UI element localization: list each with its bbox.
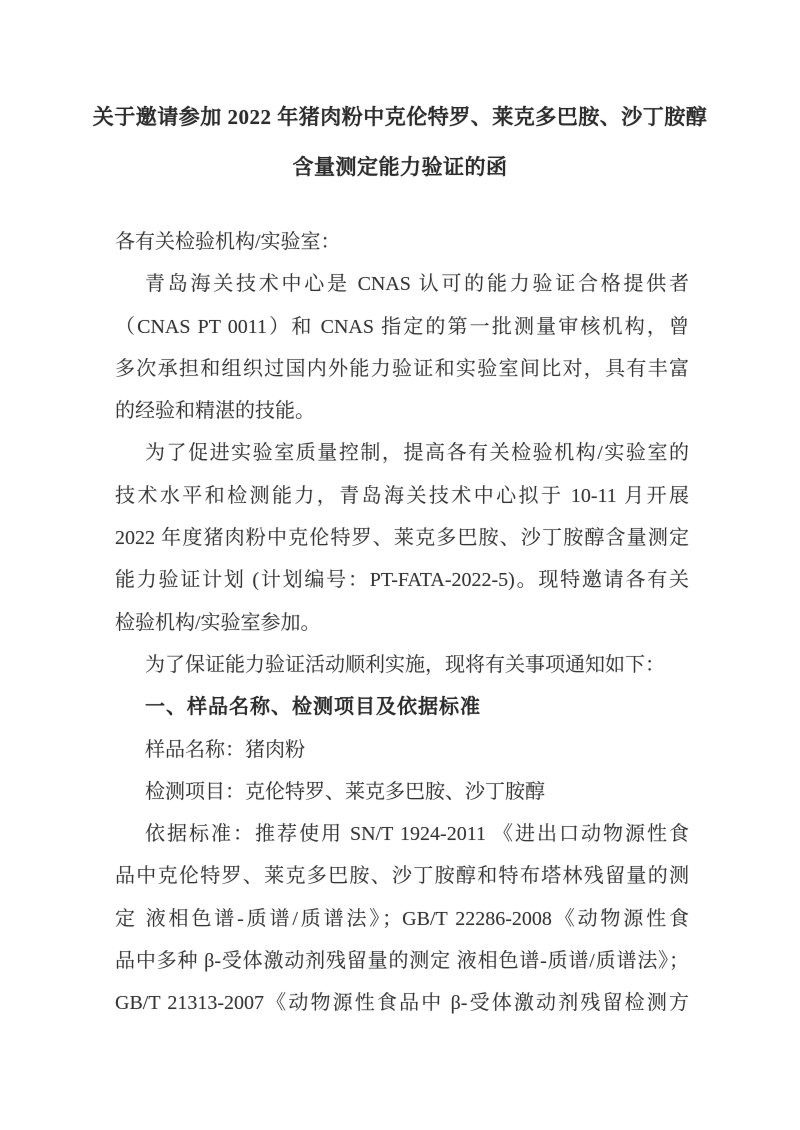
document-title: 关于邀请参加 2022 年猪肉粉中克伦特罗、莱克多巴胺、沙丁胺醇含量测定能力验证… [40, 92, 760, 192]
text-line: 的经验和精湛的技能。 [115, 390, 689, 432]
text-line: 检验机构/实验室参加。 [115, 602, 689, 644]
text-line: 多次承担和组织过国内外能力验证和实验室间比对，具有丰富 [115, 348, 689, 390]
text-line: 定 液相色谱-质谱/质谱法》；GB/T 22286-2008《动物源性食 [115, 898, 689, 940]
text-line: 为了促进实验室质量控制，提高各有关检验机构/实验室的 [115, 432, 689, 474]
text-line: 能力验证计划 (计划编号：PT-FATA-2022-5)。现特邀请各有关 [115, 559, 689, 601]
text-line: 品中克伦特罗、莱克多巴胺、沙丁胺醇和特布塔林残留量的测 [115, 855, 689, 897]
text-line: 青岛海关技术中心是 CNAS 认可的能力验证合格提供者 [115, 263, 689, 305]
text-line: 检测项目：克伦特罗、莱克多巴胺、沙丁胺醇 [115, 771, 689, 813]
text-line: 2022 年度猪肉粉中克伦特罗、莱克多巴胺、沙丁胺醇含量测定 [115, 517, 689, 559]
title-line: 关于邀请参加 2022 年猪肉粉中克伦特罗、莱克多巴胺、沙丁胺醇 [40, 92, 760, 142]
text-line: （CNAS PT 0011）和 CNAS 指定的第一批测量审核机构，曾 [115, 306, 689, 348]
text-line: GB/T 21313-2007《动物源性食品中 β-受体激动剂残留检测方 [115, 982, 689, 1024]
text-line: 为了保证能力验证活动顺利实施，现将有关事项通知如下： [115, 644, 689, 686]
text-line: 依据标准：推荐使用 SN/T 1924-2011 《进出口动物源性食 [115, 813, 689, 855]
text-line: 样品名称：猪肉粉 [115, 729, 689, 771]
text-line: 技术水平和检测能力，青岛海关技术中心拟于 10-11 月开展 [115, 475, 689, 517]
text-line: 品中多种 β-受体激动剂残留量的测定 液相色谱-质谱/质谱法》； [115, 940, 689, 982]
text-line: 各有关检验机构/实验室： [115, 221, 689, 263]
document-body: 各有关检验机构/实验室：青岛海关技术中心是 CNAS 认可的能力验证合格提供者（… [115, 221, 689, 1025]
section-heading: 一、样品名称、检测项目及依据标准 [115, 686, 689, 728]
title-line: 含量测定能力验证的函 [40, 142, 760, 192]
scanned-letter-page: 关于邀请参加 2022 年猪肉粉中克伦特罗、莱克多巴胺、沙丁胺醇含量测定能力验证… [0, 0, 800, 1130]
